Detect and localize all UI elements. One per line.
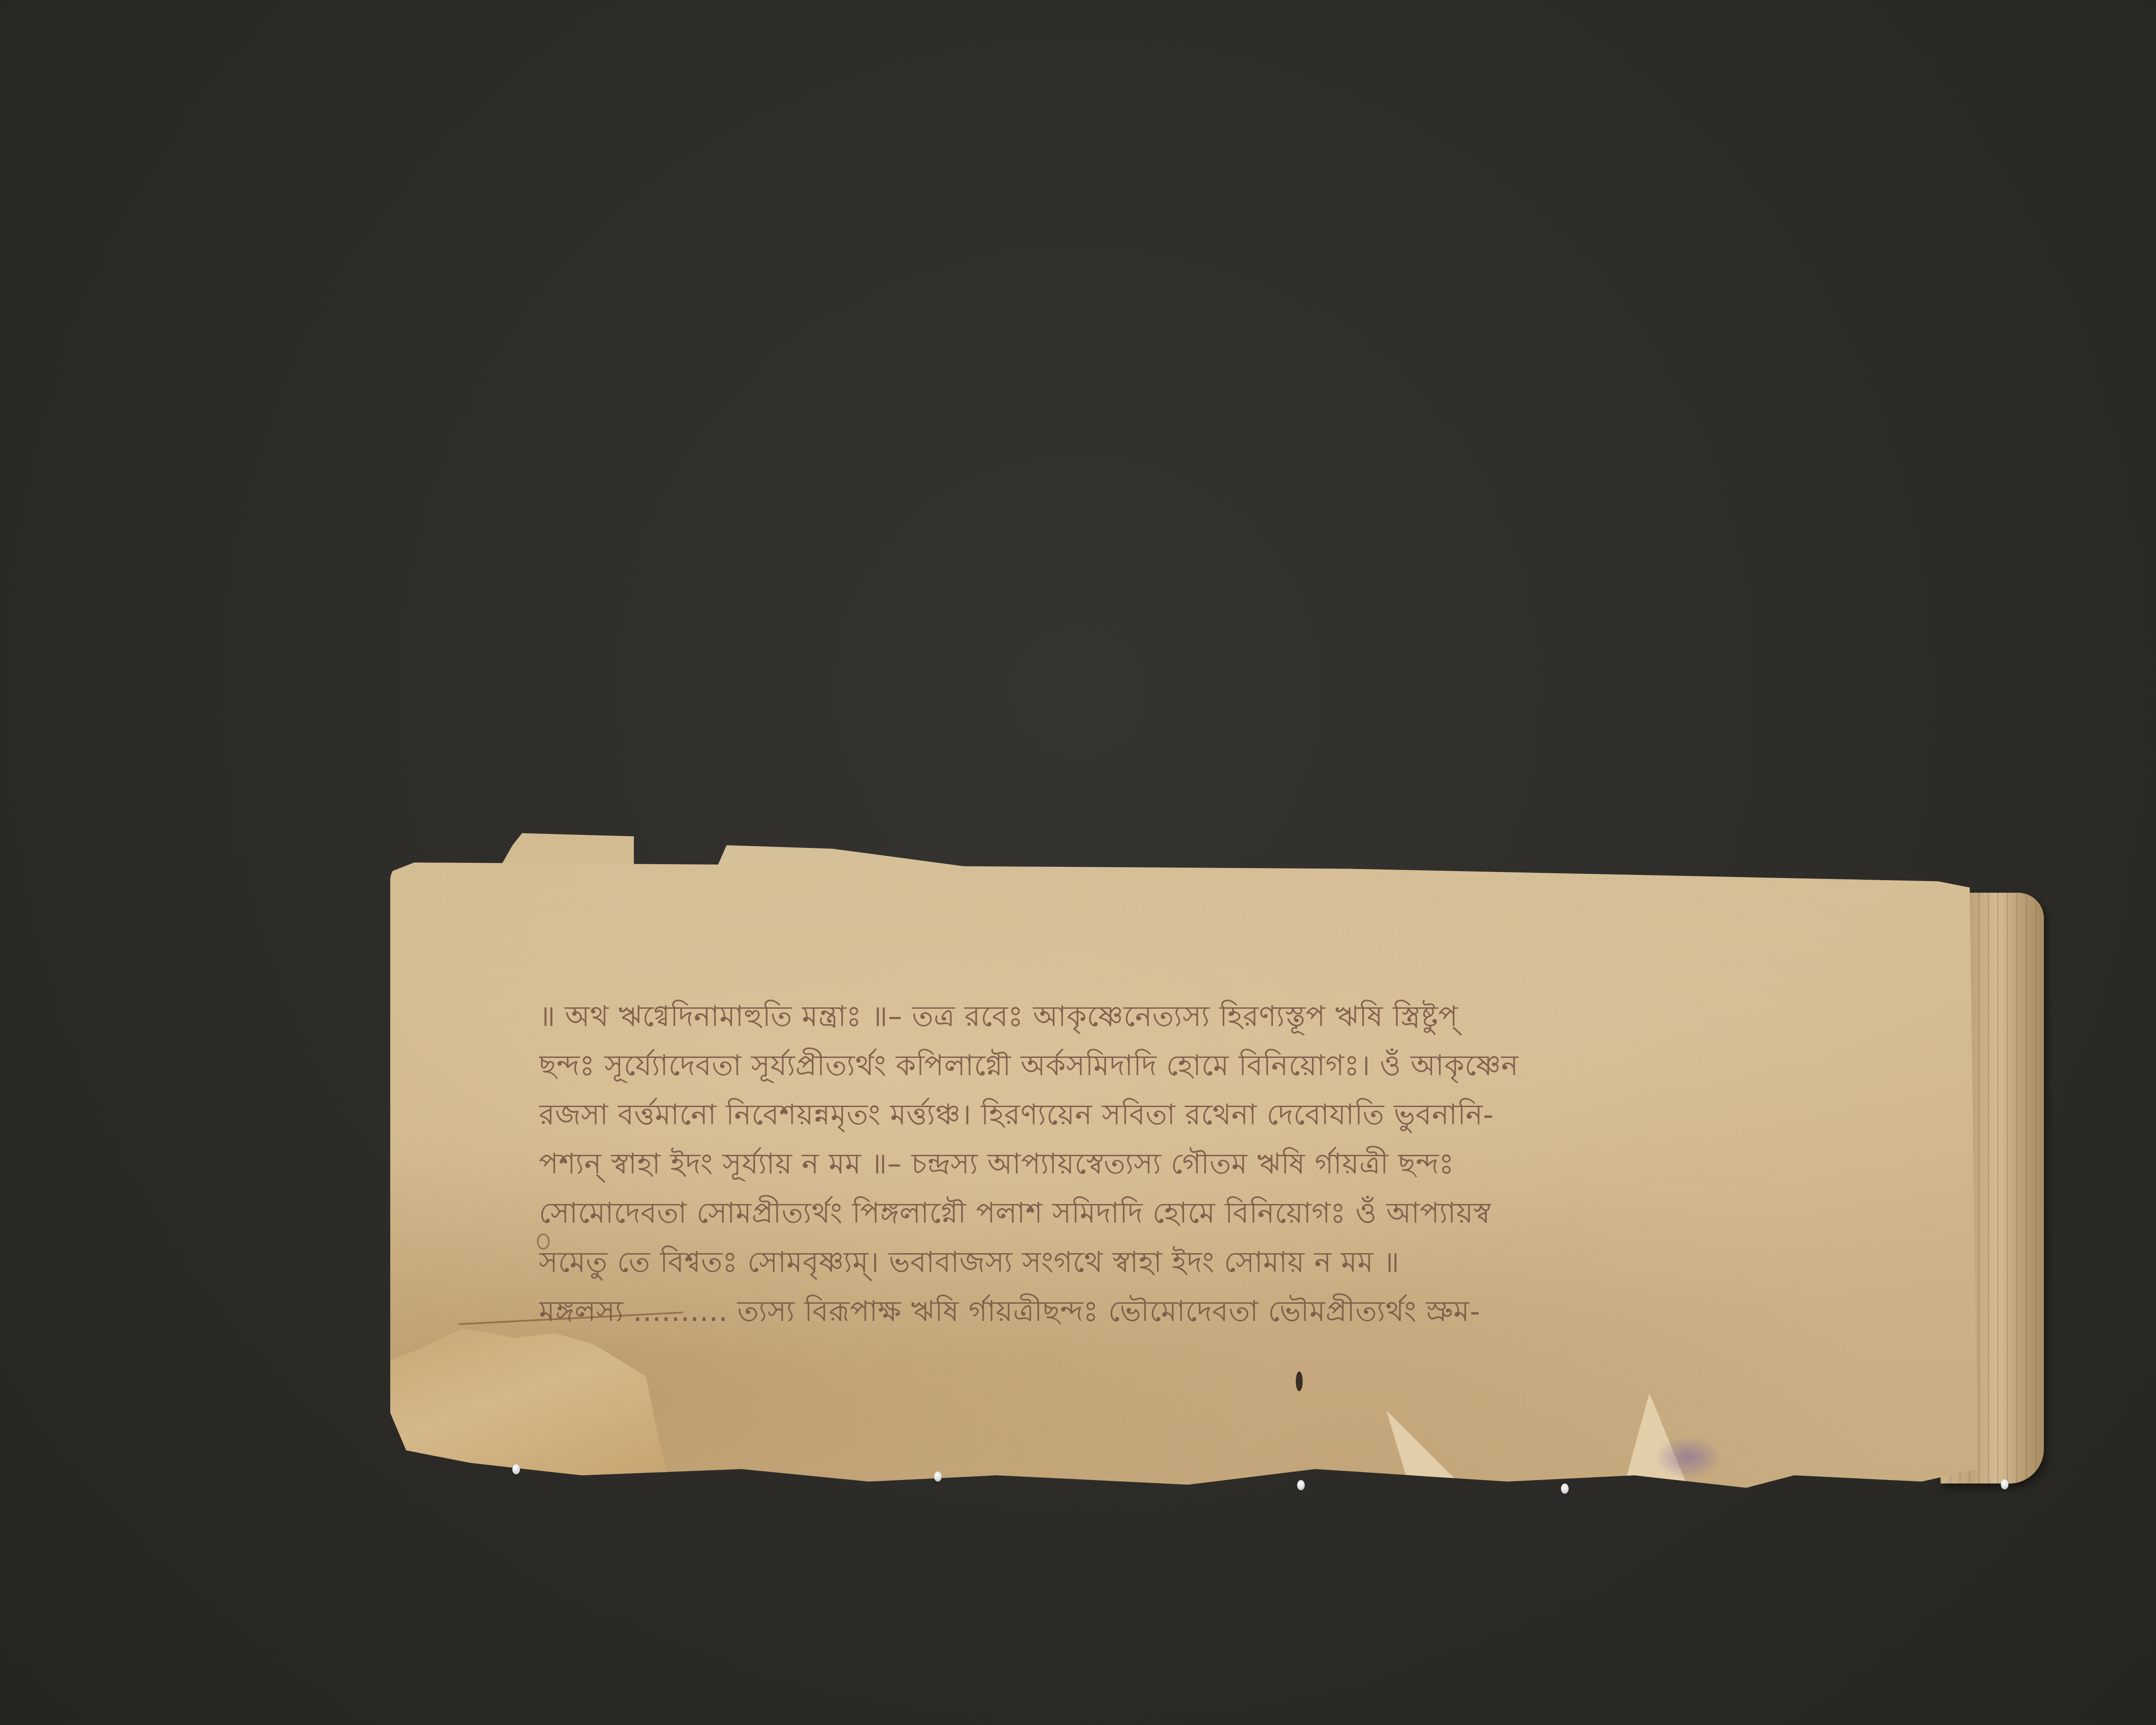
manuscript-text: ॥ অথ ঋগ্বেদিনামাহুতি মন্ত্রাঃ ॥– তত্র রব… (539, 992, 1811, 1336)
mounting-pin (934, 1471, 942, 1482)
manuscript-line: পশ্যন্ স্বাহা ইদং সূর্য্যায় ন মম ॥– চন্… (539, 1139, 1811, 1189)
manuscript-line: ছন্দঃ সূর্য্যোদেবতা সূর্য্যপ্রীত্যর্থং ক… (539, 1041, 1811, 1090)
manuscript-line: সমেতু তে বিশ্বতঃ সোমবৃষ্ণ্যম্। ভবাবাজস্য… (539, 1238, 1811, 1287)
manuscript-leaf: ॥ অথ ঋগ্বেদিনামাহুতি মন্ত্রাঃ ॥– তত্র রব… (390, 862, 1986, 1488)
mounting-pin (1297, 1480, 1305, 1490)
manuscript-line: রজসা বর্ত্তমানো নিবেশয়ন্নমৃতং মর্ত্ত্যঞ… (539, 1090, 1811, 1139)
mounting-pin (2001, 1479, 2009, 1490)
manuscript-line: সোমোদেবতা সোমপ্রীত্যর্থং পিঙ্গলাগ্নৌ পলা… (539, 1189, 1811, 1238)
water-damage-area (390, 1328, 718, 1488)
mounting-pin (512, 1464, 520, 1474)
manuscript-line: মঙ্গলস্য .......... ত্যস্য বিরূপাক্ষ ঋষি… (539, 1287, 1811, 1336)
mounting-pin (1561, 1483, 1569, 1494)
paper-tear (1386, 1410, 1464, 1488)
manuscript-photograph: ॥ অথ ঋগ্বেদিনামাহুতি মন্ত্রাঃ ॥– তত্র রব… (0, 0, 2156, 1725)
purple-ink-stain (1654, 1436, 1723, 1479)
ink-blot (1296, 1371, 1303, 1391)
manuscript-line: ॥ অথ ঋগ্বেদিনামাহুতি মন্ত্রাঃ ॥– তত্র রব… (539, 992, 1811, 1041)
